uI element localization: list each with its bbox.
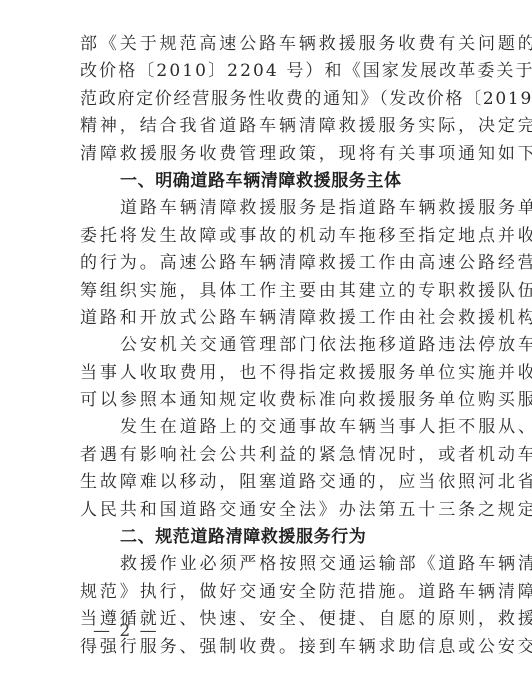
text-line: 道路和开放式公路车辆清障救援工作由社会救援机构承担。 <box>80 305 490 332</box>
text-line: 部《关于规范高速公路车辆救援服务收费有关问题的通知》（发 <box>80 31 490 58</box>
text-line: 公安机关交通管理部门依法拖移道路违法停放车辆，不得向 <box>80 332 490 359</box>
text-line: 筹组织实施，具体工作主要由其建立的专职救援队伍承担。城市 <box>80 278 490 305</box>
text-line: 道路车辆清障救援服务是指道路车辆救援服务单位受当事人 <box>80 195 490 222</box>
document-body: 部《关于规范高速公路车辆救援服务收费有关问题的通知》（发 改价格〔2010〕22… <box>80 31 490 661</box>
text-line: 改价格〔2010〕2204 号）和《国家发展改革委关于进一步清理规 <box>80 58 490 85</box>
text-line: 救援作业必须严格按照交通运输部《道路车辆清障救援操作 <box>80 551 490 578</box>
text-line: 精神，结合我省道路车辆清障救援服务实际，决定完善道路车辆 <box>80 113 490 140</box>
text-line: 当事人收取费用，也不得指定救援服务单位实施并收取费用，但 <box>80 360 490 387</box>
section-heading-2: 二、规范道路清障救援服务行为 <box>80 524 490 551</box>
text-line: 发生在道路上的交通事故车辆当事人拒不服从、无力实施或 <box>80 414 490 441</box>
text-line: 生故障难以移动，阻塞道路交通的，应当依照河北省实施《中华 <box>80 469 490 496</box>
text-line: 清障救援服务收费管理政策，现将有关事项通知如下： <box>80 141 490 168</box>
text-line: 人民共和国道路交通安全法》办法第五十三条之规定执行。 <box>80 497 490 524</box>
text-line: 范政府定价经营服务性收费的通知》（发改价格〔2019〕798 号） <box>80 86 490 113</box>
section-heading-1: 一、明确道路车辆清障救援服务主体 <box>80 168 490 195</box>
text-line: 委托将发生故障或事故的机动车拖移至指定地点并收取相关费用 <box>80 223 490 250</box>
page-number: — 2 — <box>93 621 159 641</box>
text-line: 者遇有影响社会公共利益的紧急情况时，或者机动车在道路上发 <box>80 442 490 469</box>
text-line: 的行为。高速公路车辆清障救援工作由高速公路经营管理单位统 <box>80 250 490 277</box>
text-line: 可以参照本通知规定收费标准向救援服务单位购买服务。 <box>80 387 490 414</box>
text-line: 规范》执行，做好交通安全防范措施。道路车辆清障救援服务应 <box>80 579 490 606</box>
